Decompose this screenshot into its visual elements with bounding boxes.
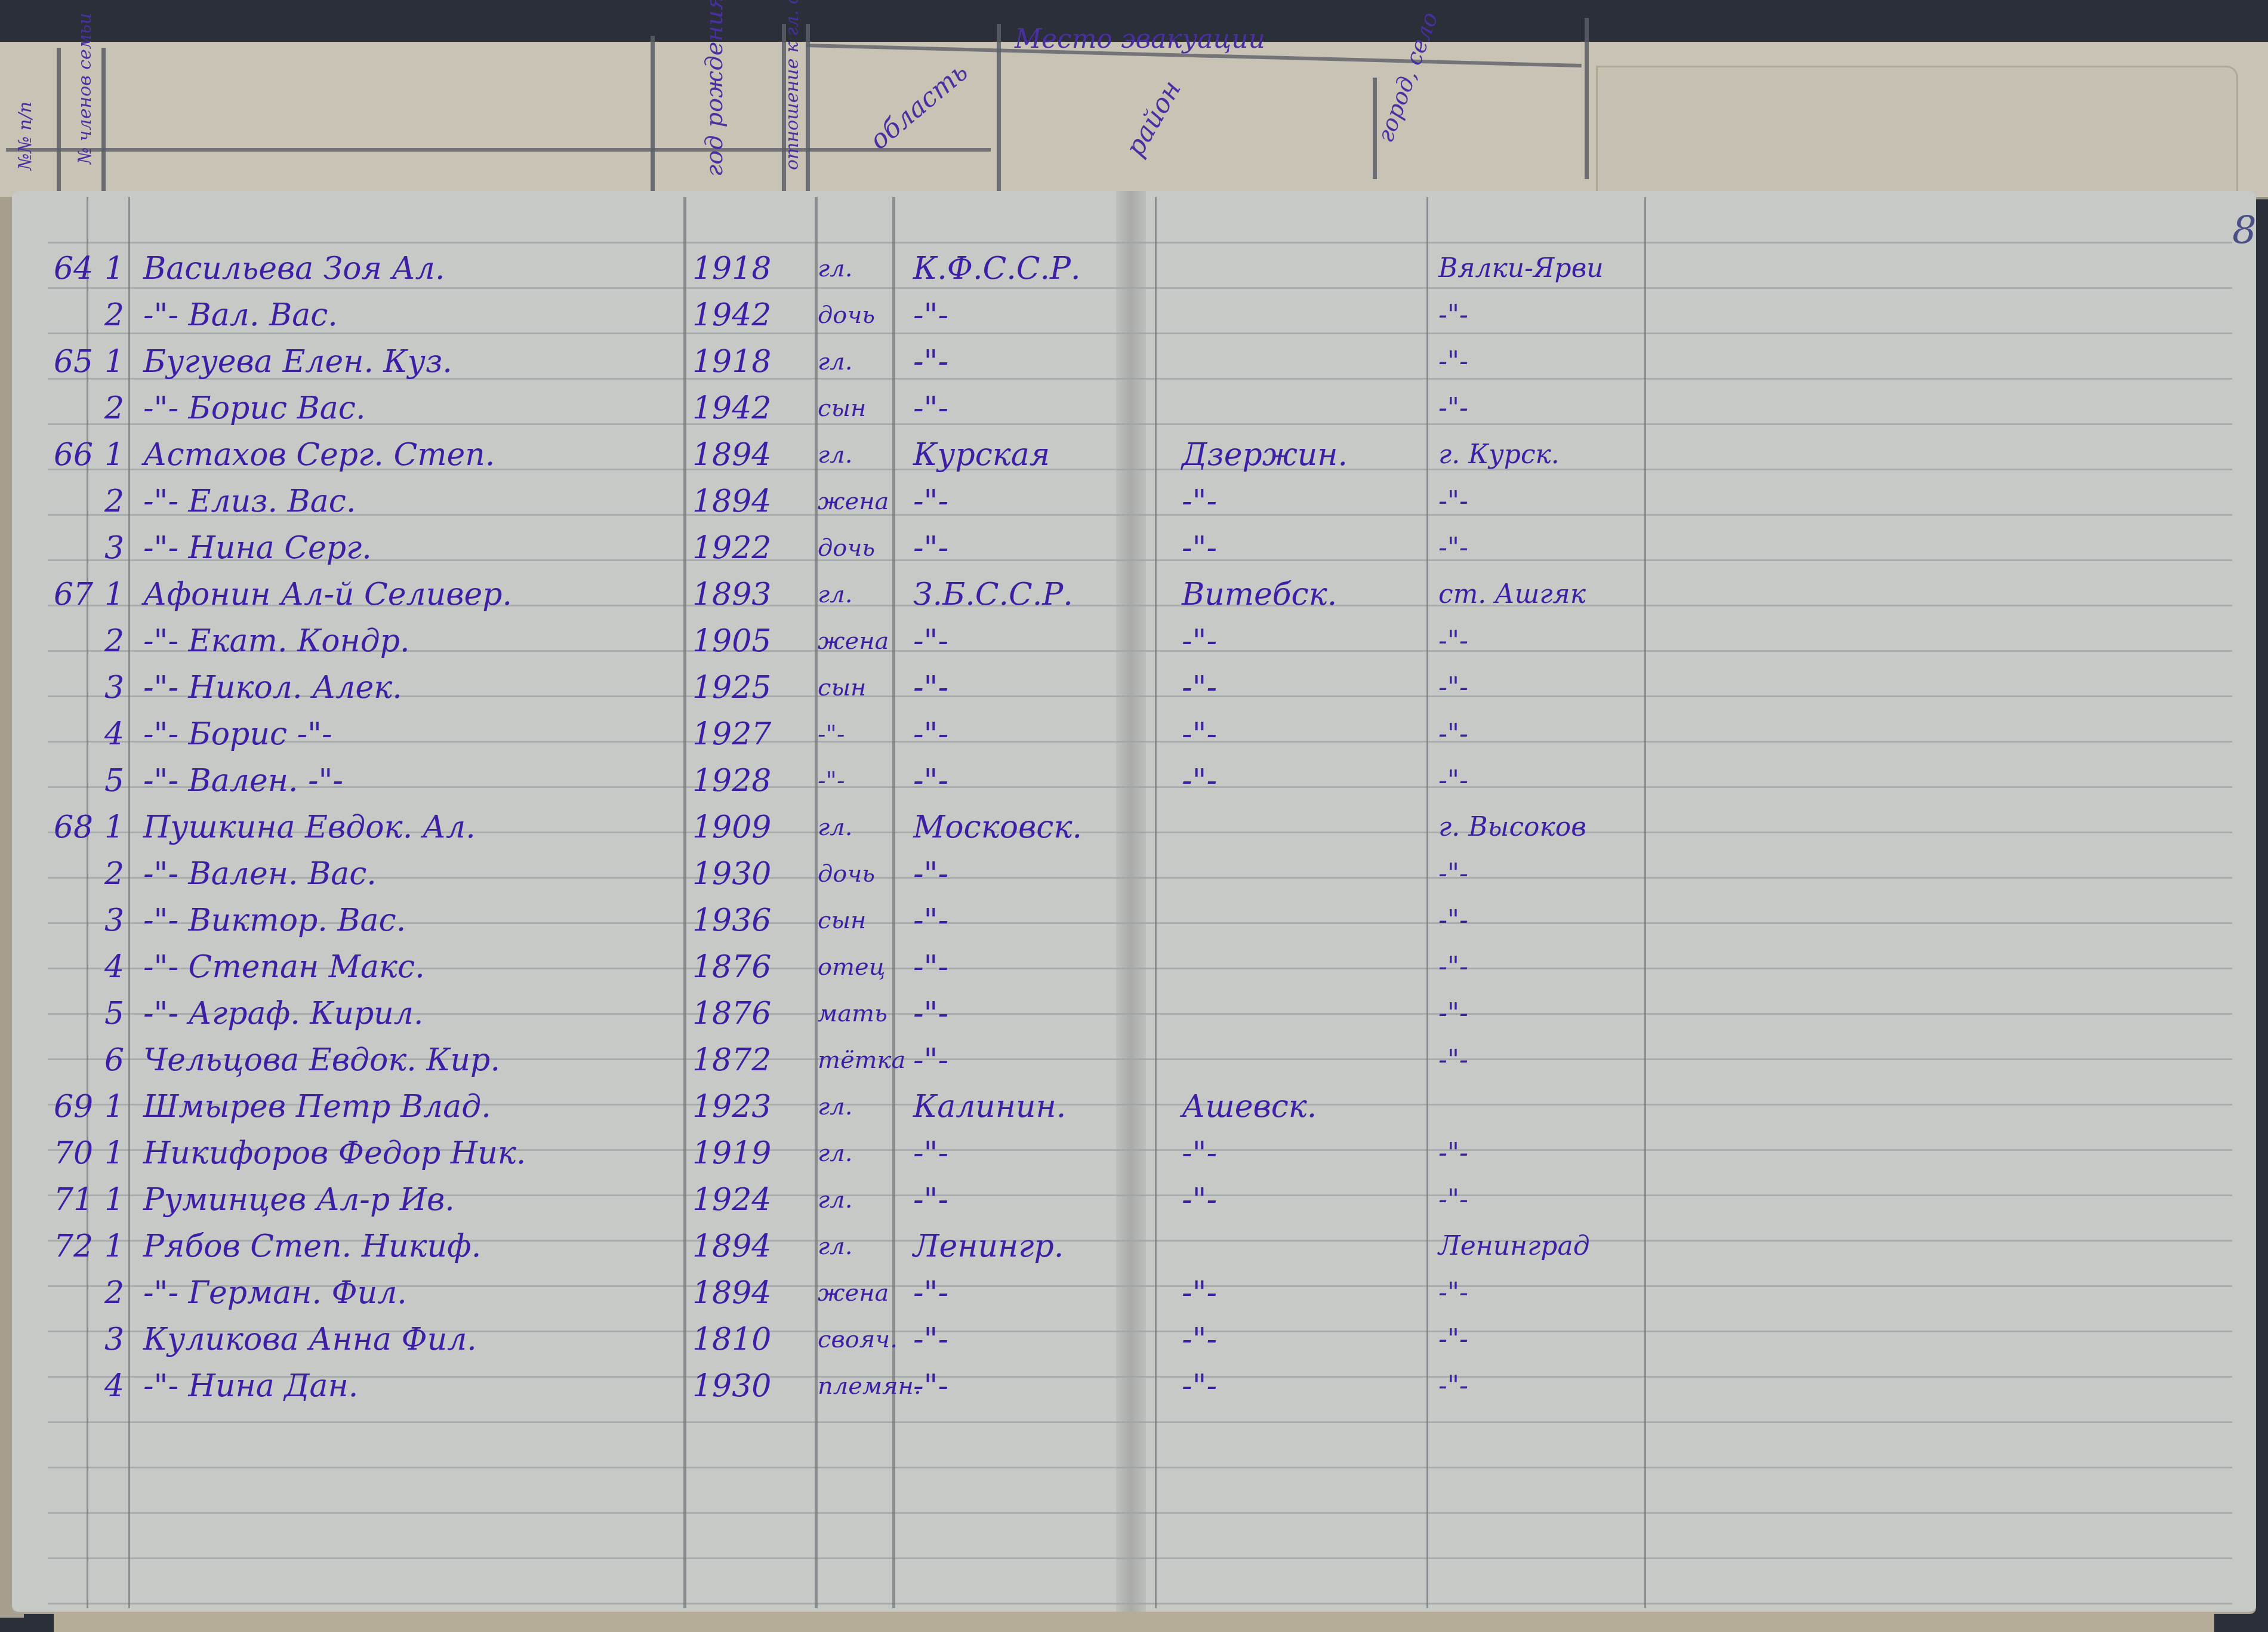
cell-name: -"- Борис Вас. (143, 384, 365, 432)
cell-relation: жена (818, 478, 889, 525)
cell-name: Шмырев Петр Влад. (143, 1083, 491, 1131)
cell-member: 2 (104, 1269, 124, 1317)
cell-oblast: К.Ф.С.С.Р. (913, 245, 1081, 292)
cell-member: 4 (104, 1362, 124, 1410)
cell-name: Астахов Серг. Степ. (143, 431, 495, 479)
cell-city: -"- (1438, 478, 1468, 525)
page-bottom-edge (54, 1612, 2214, 1632)
cell-city: -"- (1438, 757, 1468, 805)
cell-year: 1942 (692, 291, 771, 339)
cell-name: -"- Екат. Кондр. (143, 617, 410, 665)
cell-oblast: -"- (913, 617, 948, 665)
cell-family: 66 (54, 431, 93, 479)
header-rule (6, 148, 991, 152)
cell-family: 68 (54, 803, 93, 851)
cell-year: 1919 (692, 1129, 771, 1177)
cell-relation: гл. (818, 338, 852, 386)
cell-relation: дочь (818, 850, 875, 898)
cell-city: г. Высоков (1438, 803, 1586, 851)
header-row-no: №№ п/п (15, 101, 36, 170)
cell-relation: гл. (818, 571, 852, 618)
cell-member: 4 (104, 943, 124, 991)
cell-oblast: -"- (913, 943, 948, 991)
cell-member: 2 (104, 850, 124, 898)
header-divider (651, 36, 655, 191)
register-row: 6Чельцова Евдок. Кир.1872тётка-"--"- (0, 1036, 2268, 1084)
cell-relation: -"- (818, 710, 845, 758)
cell-relation: гл. (818, 1223, 852, 1270)
register-row: 4-"- Степан Макс.1876отец-"--"- (0, 943, 2268, 991)
cell-district: -"- (1182, 524, 1217, 572)
cell-member: 6 (104, 1036, 124, 1084)
cell-name: -"- Виктор. Вас. (143, 897, 406, 944)
register-row: 721Рябов Степ. Никиф.1894гл.Ленингр.Лени… (0, 1223, 2268, 1270)
cell-district: -"- (1182, 757, 1217, 805)
register-row: 691Шмырев Петр Влад.1923гл.Калинин.Ашевс… (0, 1083, 2268, 1131)
cell-city: -"- (1438, 897, 1468, 944)
cell-year: 1876 (692, 943, 771, 991)
cell-member: 3 (104, 664, 124, 712)
cell-oblast: -"- (913, 990, 948, 1037)
header-divider (1585, 18, 1589, 179)
header-group-title: Место эвакуации (1015, 24, 1265, 54)
cell-name: -"- Никол. Алек. (143, 664, 402, 712)
cell-year: 1930 (692, 850, 771, 898)
cell-oblast: Калинин. (913, 1083, 1066, 1131)
cell-district: -"- (1182, 1269, 1217, 1317)
cell-member: 2 (104, 291, 124, 339)
cell-relation: гл. (818, 1083, 852, 1131)
header-divider (101, 48, 106, 197)
cell-oblast: -"- (913, 897, 948, 944)
cell-relation: гл. (818, 803, 852, 851)
cell-relation: племян. (818, 1362, 922, 1410)
cell-oblast: -"- (913, 850, 948, 898)
cell-family: 65 (54, 338, 93, 386)
cell-district: -"- (1182, 1316, 1217, 1363)
ruled-line (48, 1421, 2232, 1423)
cell-oblast: З.Б.С.С.Р. (913, 571, 1073, 618)
cell-family: 64 (54, 245, 93, 292)
cell-relation: дочь (818, 291, 875, 339)
cell-relation: гл. (818, 1176, 852, 1224)
cell-name: -"- Вален. Вас. (143, 850, 377, 898)
register-row: 701Никифоров Федор Ник.1919гл.-"--"--"- (0, 1129, 2268, 1177)
cell-member: 1 (104, 1083, 124, 1131)
register-row: 2-"- Борис Вас.1942сын-"--"- (0, 384, 2268, 432)
header-member-no: № членов семьи (75, 13, 95, 164)
cell-oblast: -"- (913, 1269, 948, 1317)
cell-city: -"- (1438, 850, 1468, 898)
cell-oblast: -"- (913, 291, 948, 339)
cell-city: -"- (1438, 524, 1468, 572)
cell-city: -"- (1438, 1316, 1468, 1363)
register-row: 2-"- Вал. Вас.1942дочь-"--"- (0, 291, 2268, 339)
cell-family: 69 (54, 1083, 93, 1131)
cell-relation: гл. (818, 1129, 852, 1177)
cell-year: 1894 (692, 1269, 771, 1317)
cell-member: 3 (104, 1316, 124, 1363)
cell-city: г. Курск. (1438, 431, 1560, 479)
cell-name: -"- Елиз. Вас. (143, 478, 356, 525)
cell-member: 1 (104, 245, 124, 292)
register-row: 4-"- Нина Дан.1930племян.-"--"--"- (0, 1362, 2268, 1410)
cell-oblast: -"- (913, 1362, 948, 1410)
cell-member: 1 (104, 338, 124, 386)
cell-year: 1893 (692, 571, 771, 618)
cell-relation: жена (818, 1269, 889, 1317)
ruled-line (48, 1603, 2232, 1605)
cell-relation: отец (818, 943, 886, 991)
cell-year: 1942 (692, 384, 771, 432)
cell-member: 4 (104, 710, 124, 758)
header-birth-year: год рождения (701, 0, 728, 177)
ruled-line (48, 1512, 2232, 1514)
cell-relation: свояч. (818, 1316, 898, 1363)
cell-family: 72 (54, 1223, 93, 1270)
register-row: 3-"- Виктор. Вас.1936сын-"--"- (0, 897, 2268, 944)
register-row: 711Руминцев Ал-р Ив.1924гл.-"--"--"- (0, 1176, 2268, 1224)
register-row: 681Пушкина Евдок. Ал.1909гл.Московск.г. … (0, 803, 2268, 851)
cell-city: -"- (1438, 1269, 1468, 1317)
cell-member: 3 (104, 897, 124, 944)
cell-oblast: -"- (913, 1176, 948, 1224)
cell-oblast: -"- (913, 1316, 948, 1363)
cell-name: -"- Нина Серг. (143, 524, 372, 572)
cell-name: Никифоров Федор Ник. (143, 1129, 526, 1177)
cell-relation: сын (818, 897, 866, 944)
cell-name: Чельцова Евдок. Кир. (143, 1036, 500, 1084)
header-relation: отношение к гл. семьи (782, 0, 803, 170)
cell-city: -"- (1438, 664, 1468, 712)
cell-name: -"- Вален. -"- (143, 757, 343, 805)
cell-name: -"- Аграф. Кирил. (143, 990, 423, 1037)
cell-family: 67 (54, 571, 93, 618)
cell-name: Рябов Степ. Никиф. (143, 1223, 481, 1270)
cell-name: Афонин Ал-й Селивер. (143, 571, 512, 618)
register-row: 3-"- Никол. Алек.1925сын-"--"--"- (0, 664, 2268, 712)
cell-year: 1905 (692, 617, 771, 665)
cell-city: -"- (1438, 291, 1468, 339)
cell-city: Вялки-Ярви (1438, 245, 1604, 292)
cell-year: 1928 (692, 757, 771, 805)
cell-relation: сын (818, 664, 866, 712)
register-row: 651Бугуева Елен. Куз.1918гл.-"--"- (0, 338, 2268, 386)
cell-year: 1894 (692, 478, 771, 525)
cell-oblast: -"- (913, 1036, 948, 1084)
ruled-line (48, 242, 2232, 244)
cell-city: -"- (1438, 943, 1468, 991)
register-row: 5-"- Вален. -"-1928-"--"--"--"- (0, 757, 2268, 805)
register-row: 3Куликова Анна Фил.1810свояч.-"--"--"- (0, 1316, 2268, 1363)
cell-year: 1909 (692, 803, 771, 851)
cell-name: -"- Вал. Вас. (143, 291, 338, 339)
cell-district: Витебск. (1182, 571, 1337, 618)
cell-district: Дзержин. (1182, 431, 1348, 479)
cell-name: Руминцев Ал-р Ив. (143, 1176, 455, 1224)
cell-member: 2 (104, 384, 124, 432)
register-row: 4-"- Борис -"-1927-"--"--"--"- (0, 710, 2268, 758)
register-row: 5-"- Аграф. Кирил.1876мать-"--"- (0, 990, 2268, 1037)
cell-name: Куликова Анна Фил. (143, 1316, 477, 1363)
cell-city: -"- (1438, 1176, 1468, 1224)
cell-year: 1922 (692, 524, 771, 572)
register-row: 671Афонин Ал-й Селивер.1893гл.З.Б.С.С.Р.… (0, 571, 2268, 618)
cell-member: 2 (104, 478, 124, 525)
register-row: 3-"- Нина Серг.1922дочь-"--"--"- (0, 524, 2268, 572)
cell-oblast: -"- (913, 757, 948, 805)
cell-relation: мать (818, 990, 888, 1037)
register-row: 641Васильева Зоя Ал.1918гл.К.Ф.С.С.Р.Вял… (0, 245, 2268, 292)
cell-year: 1925 (692, 664, 771, 712)
cell-oblast: Ленингр. (913, 1223, 1064, 1270)
cell-member: 2 (104, 617, 124, 665)
cell-relation: тётка (818, 1036, 905, 1084)
cell-family: 71 (54, 1176, 93, 1224)
cell-member: 1 (104, 1129, 124, 1177)
cell-year: 1918 (692, 245, 771, 292)
cell-name: Васильева Зоя Ал. (143, 245, 445, 292)
cell-name: -"- Герман. Фил. (143, 1269, 407, 1317)
cell-oblast: -"- (913, 710, 948, 758)
cell-year: 1872 (692, 1036, 771, 1084)
cell-relation: жена (818, 617, 889, 665)
cell-name: Бугуева Елен. Куз. (143, 338, 452, 386)
cell-member: 1 (104, 571, 124, 618)
cell-oblast: Курская (913, 431, 1050, 479)
cell-city: -"- (1438, 990, 1468, 1037)
cell-year: 1930 (692, 1362, 771, 1410)
cell-year: 1936 (692, 897, 771, 944)
cell-district: -"- (1182, 1129, 1217, 1177)
cell-relation: гл. (818, 431, 852, 479)
cell-member: 1 (104, 1223, 124, 1270)
cell-relation: сын (818, 384, 866, 432)
cell-name: -"- Степан Макс. (143, 943, 425, 991)
cell-district: -"- (1182, 710, 1217, 758)
cell-year: 1918 (692, 338, 771, 386)
cell-year: 1876 (692, 990, 771, 1037)
cell-name: -"- Нина Дан. (143, 1362, 358, 1410)
cell-member: 3 (104, 524, 124, 572)
header-divider (57, 48, 61, 197)
cell-city: -"- (1438, 338, 1468, 386)
cell-member: 5 (104, 990, 124, 1037)
cell-year: 1924 (692, 1176, 771, 1224)
cell-year: 1810 (692, 1316, 771, 1363)
cell-year: 1927 (692, 710, 771, 758)
cell-oblast: -"- (913, 524, 948, 572)
cell-city: -"- (1438, 384, 1468, 432)
cell-city: -"- (1438, 710, 1468, 758)
cell-member: 1 (104, 431, 124, 479)
cell-member: 1 (104, 1176, 124, 1224)
cell-year: 1894 (692, 1223, 771, 1270)
register-row: 2-"- Елиз. Вас.1894жена-"--"--"- (0, 478, 2268, 525)
register-row: 2-"- Екат. Кондр.1905жена-"--"--"- (0, 617, 2268, 665)
ruled-line (48, 1557, 2232, 1559)
cell-year: 1894 (692, 431, 771, 479)
cell-name: -"- Борис -"- (143, 710, 332, 758)
ruled-line (48, 1467, 2232, 1468)
register-row: 2-"- Герман. Фил.1894жена-"--"--"- (0, 1269, 2268, 1317)
cell-oblast: Московск. (913, 803, 1082, 851)
cell-city: -"- (1438, 1362, 1468, 1410)
cell-relation: гл. (818, 245, 852, 292)
header-divider (806, 24, 810, 191)
cell-city: Ленинград (1438, 1223, 1590, 1270)
cell-member: 5 (104, 757, 124, 805)
cell-member: 1 (104, 803, 124, 851)
cell-city: ст. Ашгяк (1438, 571, 1586, 618)
register-row: 661Астахов Серг. Степ.1894гл.КурскаяДзер… (0, 431, 2268, 479)
cell-city: -"- (1438, 1036, 1468, 1084)
cell-relation: -"- (818, 757, 845, 805)
cell-oblast: -"- (913, 338, 948, 386)
cell-district: -"- (1182, 1362, 1217, 1410)
cell-district: -"- (1182, 664, 1217, 712)
cell-relation: дочь (818, 524, 875, 572)
register-row: 2-"- Вален. Вас.1930дочь-"--"- (0, 850, 2268, 898)
cell-district: -"- (1182, 478, 1217, 525)
cell-district: -"- (1182, 1176, 1217, 1224)
cell-city: -"- (1438, 617, 1468, 665)
cell-family: 70 (54, 1129, 93, 1177)
cell-oblast: -"- (913, 1129, 948, 1177)
cell-name: Пушкина Евдок. Ал. (143, 803, 476, 851)
cell-oblast: -"- (913, 384, 948, 432)
cell-city: -"- (1438, 1129, 1468, 1177)
cell-district: -"- (1182, 617, 1217, 665)
cell-oblast: -"- (913, 664, 948, 712)
cell-year: 1923 (692, 1083, 771, 1131)
cell-district: Ашевск. (1182, 1083, 1317, 1131)
cell-oblast: -"- (913, 478, 948, 525)
